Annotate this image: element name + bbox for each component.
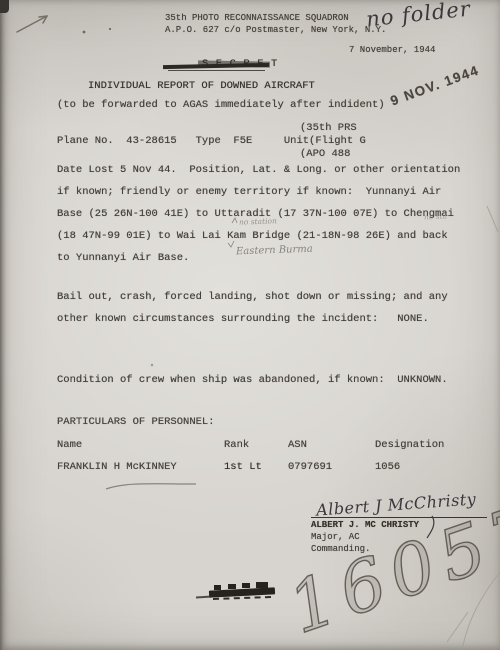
- document-page: 35th PHOTO RECONNAISSANCE SQUADRON A.P.O…: [0, 0, 500, 650]
- pencil-note-route: Eastern Burma: [236, 244, 313, 258]
- redaction-blot: [214, 585, 221, 590]
- paper-speck: [151, 364, 153, 366]
- incident-line: Bail out, crash, forced landing, shot do…: [57, 291, 448, 304]
- route-line: to Yunnanyi Air Base.: [57, 252, 189, 265]
- report-title: INDIVIDUAL REPORT OF DOWNED AIRCRAFT: [88, 80, 315, 93]
- squadron-line: 35th PHOTO RECONNAISSANCE SQUADRON: [165, 13, 349, 24]
- column-header-asn: ASN: [288, 439, 307, 452]
- report-subtitle: (to be forwarded to AGAS immediately aft…: [57, 99, 385, 112]
- signature-rank: Major, AC: [311, 532, 360, 543]
- personnel-asn: 0797691: [288, 461, 332, 474]
- personnel-designation: 1056: [375, 461, 400, 474]
- incident-line: other known circumstances surrounding th…: [57, 313, 429, 326]
- redaction-tail: [196, 595, 212, 598]
- redaction-blot: [228, 584, 236, 589]
- column-header-name: Name: [57, 439, 82, 452]
- route-line: (18 47N-99 01E) to Wai Lai Kam Bridge (2…: [57, 230, 448, 243]
- scan-corner-artifact: [0, 0, 9, 13]
- personnel-heading: PARTICULARS OF PERSONNEL:: [57, 416, 215, 429]
- scan-edge-left: [0, 0, 6, 650]
- handwritten-note: no folder: [365, 0, 472, 31]
- strike-underline: [168, 70, 265, 71]
- pencil-note-uttaradit: no station: [239, 216, 277, 226]
- redaction-blot: [242, 583, 250, 588]
- pencil-arrow: [17, 16, 47, 32]
- unit-brace-bottom: (APO 488: [300, 148, 350, 161]
- date-line: 7 November, 1944: [349, 45, 435, 56]
- received-stamp: 9 NOV. 1944: [388, 63, 481, 109]
- personnel-rank: 1st Lt: [224, 461, 262, 474]
- strike-mark: [198, 60, 270, 67]
- paper-speck: [83, 31, 86, 34]
- pencil-note-chengmai: no sta: [424, 211, 448, 221]
- personnel-name: FRANKLIN H McKINNEY: [57, 461, 177, 474]
- route-line: Date Lost 5 Nov 44. Position, Lat. & Lon…: [57, 164, 460, 177]
- apo-line: A.P.O. 627 c/o Postmaster, New York, N.Y…: [165, 25, 386, 36]
- pencil-flourish: [106, 484, 196, 489]
- paper-speck: [109, 28, 111, 30]
- condition-line: Condition of crew when ship was abandone…: [57, 374, 448, 387]
- column-header-rank: Rank: [224, 439, 249, 452]
- redaction-blot: [256, 582, 268, 588]
- column-header-designation: Designation: [375, 439, 444, 452]
- route-line: if known; friendly or enemy territory if…: [57, 186, 441, 199]
- unit-brace-top: (35th PRS: [300, 122, 357, 135]
- plane-info-line: Plane No. 43-28615 Type F5E Unit(Flight …: [57, 135, 366, 148]
